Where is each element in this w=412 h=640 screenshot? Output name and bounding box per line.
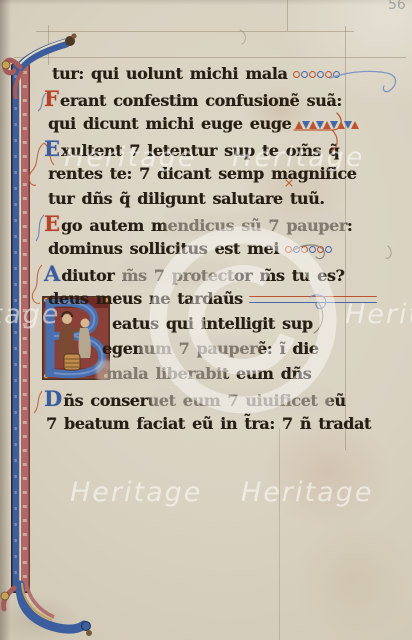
pen-flourishes <box>0 0 412 640</box>
manuscript-page: 56 <box>0 0 412 640</box>
